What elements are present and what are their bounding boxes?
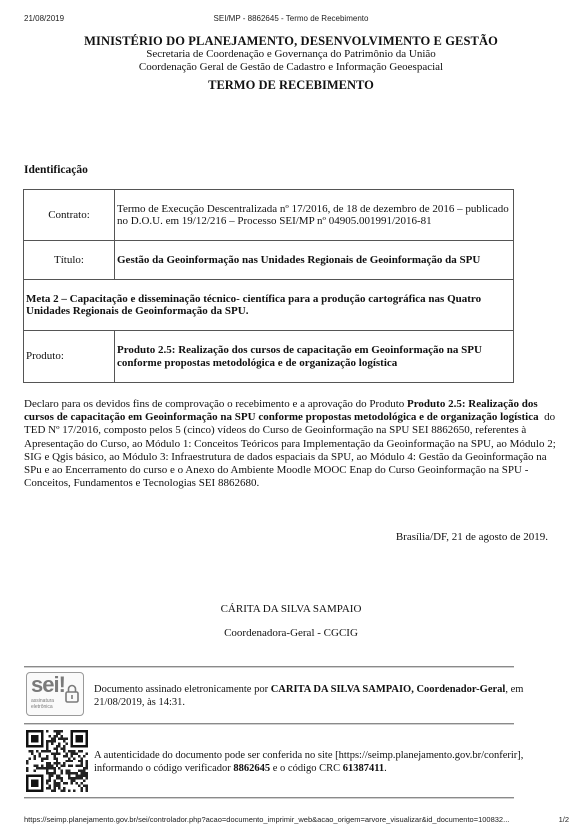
divider	[24, 666, 514, 668]
table-row-goal: Meta 2 – Capacitação e disseminação técn…	[24, 280, 514, 331]
title-label: Título:	[24, 241, 115, 280]
authenticity-block: A autenticidade do documento pode ser co…	[24, 729, 559, 793]
print-url: https://seimp.planejamento.gov.br/sei/co…	[24, 815, 509, 824]
signer-name: CÁRITA DA SILVA SAMPAIO	[0, 603, 582, 615]
divider	[24, 797, 514, 799]
lock-icon	[65, 683, 79, 703]
identification-heading: Identificação	[24, 164, 88, 176]
electronic-signature-block: sei! assinatura eletrônica Documento ass…	[24, 672, 559, 718]
secretariat-name: Secretaria de Coordenação e Governança d…	[0, 48, 582, 61]
declaration-paragraph: Declaro para os devidos fins de comprova…	[24, 398, 559, 490]
table-row-product: Produto: Produto 2.5: Realização dos cur…	[24, 331, 514, 383]
print-page-title: SEI/MP - 8862645 - Termo de Recebimento	[0, 14, 582, 23]
signature-prefix: Documento assinado eletronicamente por	[94, 684, 271, 695]
table-row-contract: Contrato: Termo de Execução Descentraliz…	[24, 190, 514, 241]
title-value: Gestão da Geoinformação nas Unidades Reg…	[115, 241, 514, 280]
print-header: 21/08/2019 SEI/MP - 8862645 - Termo de R…	[0, 12, 582, 26]
sei-logo-sub2: eletrônica	[31, 704, 53, 710]
place-and-date: Brasília/DF, 21 de agosto de 2019.	[396, 531, 548, 543]
authenticity-statement: A autenticidade do documento pode ser co…	[94, 750, 564, 775]
ministry-name: MINISTÉRIO DO PLANEJAMENTO, DESENVOLVIME…	[0, 34, 582, 48]
contract-label: Contrato:	[24, 190, 115, 241]
coordination-name: Coordenação Geral de Gestão de Cadastro …	[0, 61, 582, 74]
crc-code: 61387411	[343, 763, 384, 774]
authenticity-suffix: .	[384, 763, 387, 774]
document-letterhead: MINISTÉRIO DO PLANEJAMENTO, DESENVOLVIME…	[0, 34, 582, 73]
page-number: 1/2	[559, 815, 569, 824]
declaration-intro: Declaro para os devidos fins de comprova…	[24, 398, 407, 410]
signer-role: Coordenadora-Geral - CGCIG	[0, 627, 582, 639]
verifier-code: 8862645	[233, 763, 270, 774]
signature-statement: Documento assinado eletronicamente por C…	[94, 684, 564, 709]
qr-code-icon[interactable]	[26, 730, 88, 792]
divider	[24, 723, 514, 725]
authenticity-middle: e o código CRC	[270, 763, 343, 774]
contract-value: Termo de Execução Descentralizada nº 17/…	[115, 190, 514, 241]
product-value: Produto 2.5: Realização dos cursos de ca…	[115, 331, 514, 383]
goal-value: Meta 2 – Capacitação e disseminação técn…	[24, 280, 514, 331]
document-title: TERMO DE RECEBIMENTO	[0, 78, 582, 93]
table-row-title: Título: Gestão da Geoinformação nas Unid…	[24, 241, 514, 280]
signature-signer: CARITA DA SILVA SAMPAIO, Coordenador-Ger…	[271, 684, 506, 695]
identification-table: Contrato: Termo de Execução Descentraliz…	[23, 189, 514, 383]
sei-signature-logo: sei! assinatura eletrônica	[26, 672, 84, 716]
sei-logo-word: sei!	[31, 673, 65, 697]
product-label: Produto:	[24, 331, 115, 383]
